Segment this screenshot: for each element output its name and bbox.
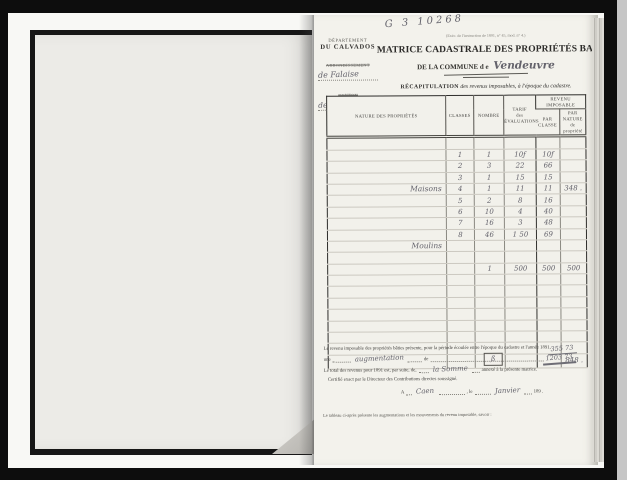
header-nombre: NOMBRE [474, 95, 504, 137]
header-revenu-imposable: REVENU IMPOSABLE [536, 95, 586, 110]
cell-par-nature [560, 205, 586, 217]
cell-nombre: 3 [474, 160, 504, 172]
cell-nombre [475, 297, 505, 309]
cell-par-nature [561, 308, 587, 320]
cell-nature [327, 229, 446, 241]
cell-tarif: 15 [504, 172, 536, 184]
cell-tarif: 11 [504, 183, 536, 195]
footer-total-line: Le total des revenus pour 1891 est, par … [324, 364, 564, 373]
cell-nombre: 1 [474, 172, 504, 184]
cell-tarif [505, 297, 537, 309]
cell-tarif [505, 274, 537, 286]
cell-classes: 7 [446, 218, 474, 230]
cell-par-nature: 348 . [560, 183, 586, 195]
cell-par-classe: 66 [536, 160, 560, 172]
cell-par-classe: 69 [536, 228, 560, 240]
cell-par-nature [561, 251, 587, 263]
certification-line: Certifié exact par le Directeur des Cont… [328, 377, 458, 383]
flourish-rule [444, 73, 528, 76]
cell-nature [328, 252, 447, 264]
cell-nature [327, 218, 446, 230]
cell-nombre [475, 331, 505, 343]
cell-tarif [505, 240, 537, 252]
cell-nature [327, 161, 446, 173]
cell-classes [447, 309, 475, 321]
flourish-rule-2 [463, 77, 509, 78]
cell-classes: 2 [446, 161, 474, 173]
cell-par-nature [560, 171, 586, 183]
cell-tarif [505, 251, 537, 263]
cell-classes: 3 [446, 172, 474, 184]
cell-tarif [504, 136, 536, 149]
cell-par-nature [560, 136, 586, 149]
cell-nombre: 16 [474, 217, 504, 229]
cell-tarif: 1 50 [504, 229, 536, 241]
right-black-band [604, 0, 617, 480]
cell-nombre: 1 [475, 263, 505, 275]
cell-classes [446, 137, 474, 150]
cell-tarif: 8 [504, 194, 536, 206]
cell-par-nature: 500 [561, 262, 587, 274]
cell-nature [328, 263, 447, 275]
cell-nombre: 1 [474, 149, 504, 161]
cell-par-classe [537, 251, 561, 263]
cell-tarif: 4 [504, 206, 536, 218]
archive-scan: G 3 10268 DÉPARTEMENT DU CALVADOS ARROND… [0, 0, 627, 480]
cell-classes [447, 320, 475, 332]
cell-classes [447, 331, 475, 343]
cell-par-classe [537, 285, 561, 297]
cell-classes: 4 [446, 183, 474, 195]
commune-line: DE LA COMMUNE d e Vendeuvre [377, 59, 595, 72]
header-nature: NATURE DES PROPRIÉTÉS [327, 96, 446, 138]
cell-par-classe [537, 240, 561, 252]
cell-nature [327, 206, 446, 218]
cell-tarif: 500 [505, 263, 537, 275]
cell-nombre [475, 240, 505, 252]
cell-nature [328, 320, 447, 332]
cell-par-nature [560, 217, 586, 229]
cell-nature [327, 195, 446, 207]
cell-nature [327, 149, 446, 161]
recapitulation-table: NATURE DES PROPRIÉTÉS CLASSES NOMBRE TAR… [326, 94, 588, 369]
arrondissement-handwritten: de Falaise [318, 68, 378, 79]
scanner-edge-strip [617, 0, 627, 480]
cell-par-classe [536, 136, 560, 149]
recapitulation-subtitle: RÉCAPITULATION des revenus imposables, à… [377, 83, 595, 90]
cell-tarif: 3 [504, 217, 536, 229]
cell-par-classe [537, 297, 561, 309]
place-handwritten: Caen [416, 387, 435, 396]
cell-par-classe: 500 [537, 263, 561, 275]
header-classes: CLASSES [446, 95, 474, 137]
cell-par-classe [537, 308, 561, 320]
augmentation-handwritten: augmentation [355, 353, 405, 363]
department-label: DÉPARTEMENT [318, 37, 378, 42]
cell-nombre: 46 [474, 229, 504, 241]
cell-nombre: 1 [474, 183, 504, 195]
cell-classes [447, 286, 475, 298]
cell-nombre [475, 286, 505, 298]
cell-tarif: 22 [504, 160, 536, 172]
cell-par-nature [560, 194, 586, 206]
cell-par-classe: 11 [536, 183, 560, 195]
cell-nombre [475, 252, 505, 264]
cell-par-classe [537, 331, 561, 343]
cell-par-nature [561, 297, 587, 309]
cell-nombre [475, 308, 505, 320]
cell-par-nature [561, 285, 587, 297]
cell-classes: 1 [446, 149, 474, 161]
table-body: 1 1 10ƒ 10ƒ 2 3 22 66 [327, 136, 587, 369]
date-place-line: A Caen , le Janvier 189 . [401, 386, 577, 395]
cell-par-nature [561, 319, 587, 331]
month-handwritten: Janvier [494, 386, 519, 395]
cell-classes [447, 274, 475, 286]
cell-par-classe [537, 274, 561, 286]
somme-handwritten: la Somme [432, 364, 467, 373]
cell-tarif [505, 308, 537, 320]
department-name: DU CALVADOS [318, 43, 378, 50]
cell-tarif [505, 331, 537, 343]
cell-nombre: 10 [474, 206, 504, 218]
cell-nature: Moulins [328, 240, 447, 252]
blank-verso-page [30, 30, 312, 455]
cell-classes [447, 252, 475, 264]
cell-nature [328, 286, 447, 298]
cell-classes [447, 240, 475, 252]
document-page: G 3 10268 DÉPARTEMENT DU CALVADOS ARROND… [314, 15, 598, 465]
cell-par-nature [561, 331, 587, 343]
cell-par-nature [561, 240, 587, 252]
table-header: NATURE DES PROPRIÉTÉS CLASSES NOMBRE TAR… [327, 95, 586, 138]
cell-par-classe: 15 [536, 171, 560, 183]
cell-par-classe: 10ƒ [536, 149, 560, 161]
cell-nombre [475, 274, 505, 286]
arrondissement-line: ARRONDISSEMENT de Falaise [318, 53, 378, 80]
header-par-nature: PAR NATURE de propriété [560, 109, 586, 136]
cell-tarif: 10ƒ [504, 149, 536, 161]
cell-par-nature [560, 228, 586, 240]
cell-nature [327, 137, 446, 150]
commune-label: DE LA COMMUNE d e [417, 63, 489, 71]
header-tarif: TARIF des ÉVALUATIONS [504, 95, 536, 137]
cell-par-nature [560, 160, 586, 172]
cell-tarif [505, 320, 537, 332]
cell-nombre [474, 137, 504, 150]
cell-par-nature [560, 149, 586, 161]
title-block: (Exéc. de l'instruction de 1891, n° 45, … [377, 32, 595, 90]
pencil-cote-annotation: G 3 10268 [384, 13, 464, 30]
cell-classes [447, 297, 475, 309]
footer-augmentation-line: une augmentation de [324, 353, 546, 362]
cell-nature [328, 275, 447, 287]
cell-classes: 8 [446, 229, 474, 241]
cell-classes: 6 [446, 206, 474, 218]
arrondissement-label: ARRONDISSEMENT [326, 63, 370, 68]
cell-nature: Maisons [327, 184, 446, 196]
cell-classes: 5 [446, 195, 474, 207]
cell-nature [328, 297, 447, 309]
commune-handwritten: Vendeuvre [493, 59, 555, 71]
header-par-classe: PAR CLASSE [536, 109, 560, 136]
cell-nature [328, 309, 447, 321]
cell-nature [327, 172, 446, 184]
cell-par-classe [537, 320, 561, 332]
cell-par-nature [561, 274, 587, 286]
cell-nature [328, 332, 447, 344]
cell-nombre: 2 [474, 195, 504, 207]
cell-tarif [505, 285, 537, 297]
cell-par-classe: 40 [536, 206, 560, 218]
cell-nombre [475, 320, 505, 332]
form-reference-note: (Exéc. de l'instruction de 1891, n° 45, … [377, 32, 595, 38]
page-title: MATRICE CADASTRALE DES PROPRIÉTÉS BATIES [377, 44, 595, 55]
cell-par-classe: 16 [536, 194, 560, 206]
cell-classes [447, 263, 475, 275]
cell-par-classe: 48 [536, 217, 560, 229]
bottom-note: Le tableau ci-après présente les augment… [323, 412, 492, 418]
